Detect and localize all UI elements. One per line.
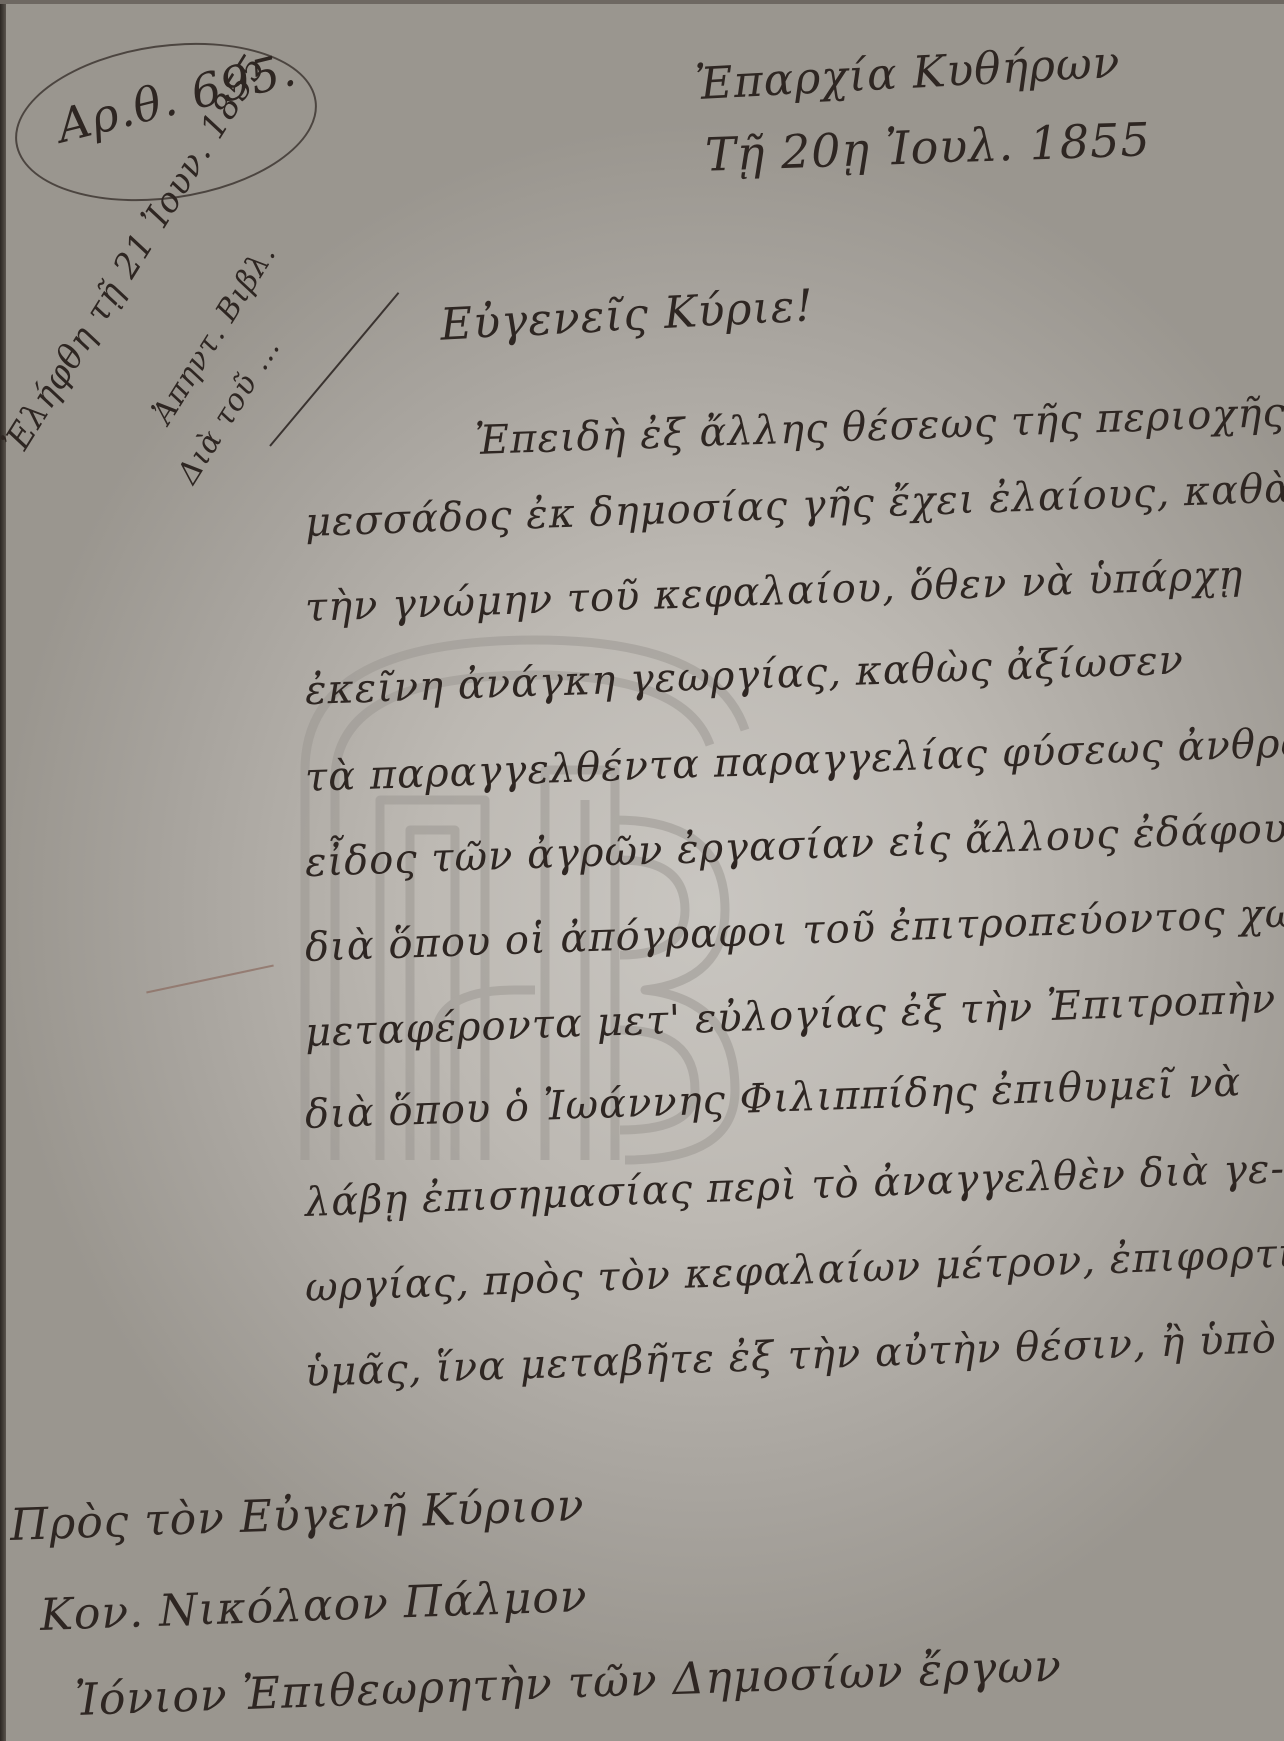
letter-place: Ἐπαρχία Κυθήρων [694,37,1122,110]
margin-note-underline [269,292,399,446]
body-line: ωργίας, πρὸς τὸν κεφαλαίων μέτρον, ἐπιφο… [304,1228,1284,1311]
page-top-edge [0,0,1284,4]
page-left-edge-shadow [0,0,6,1741]
body-line: Ἐπειδὴ ἐξ ἄλλης θέσεως τῆς περιοχῆς Μα- [474,386,1284,464]
addressee-line-2: Κον. Νικόλαον Πάλμον [39,1571,588,1641]
letter-page: Αρ.θ. 695. Ἐλήφθη τῇ 21 Ἰουν. 1855 Ἀπηντ… [0,0,1284,1741]
addressee-line-3: Ἰόνιον Ἐπιθεωρητὴν τῶν Δημοσίων ἔργων [74,1641,1063,1726]
margin-ink-mark [146,965,274,994]
body-line: μεσσάδος ἐκ δημοσίας γῆς ἔχει ἐλαίους, κ… [304,466,1284,546]
body-line: ὑμᾶς, ἵνα μεταβῆτε ἐξ τὴν αὐτὴν θέσιν, ἢ… [304,1316,1277,1396]
addressee-line-1: Πρὸς τὸν Εὐγενῆ Κύριον [9,1480,585,1551]
letter-salutation: Εὐγενεῖς Κύριε! [439,280,815,351]
letter-date: Τῇ 20ῃ Ἰουλ. 1855 [704,112,1151,182]
